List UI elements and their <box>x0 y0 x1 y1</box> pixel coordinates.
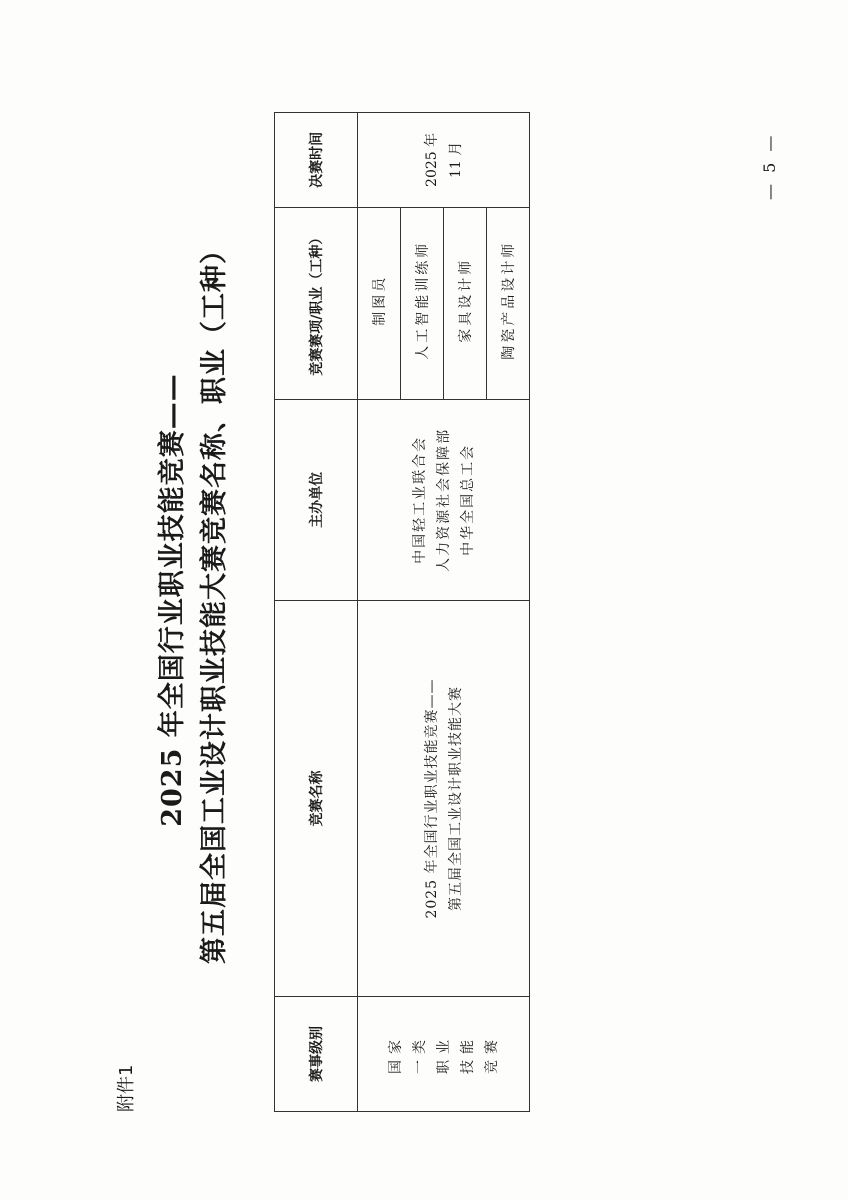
header-competition: 竞赛名称 <box>275 601 358 997</box>
organizer: 中华全国总工会 <box>456 400 480 600</box>
level-line: 一类 <box>408 997 432 1111</box>
final-time-line: 11 月 <box>444 113 468 207</box>
table-row: 国家 一类 职业 技能 竞赛 2025 年全国行业职业技能竞赛—— 第五届全国工… <box>358 113 401 1112</box>
level-line: 职业 <box>432 997 456 1111</box>
header-final-time: 决赛时间 <box>275 113 358 208</box>
organizer: 人力资源社会保障部 <box>432 400 456 600</box>
level-line: 技能 <box>456 997 480 1111</box>
attachment-label: 附件1 <box>112 1065 138 1112</box>
title-line-2: 第五届全国工业设计职业技能大赛竞赛名称、职业（工种） <box>192 0 231 1200</box>
competition-name-cell: 2025 年全国行业职业技能竞赛—— 第五届全国工业设计职业技能大赛 <box>358 601 530 997</box>
occupation-cell: 家具设计师 <box>444 207 487 399</box>
final-time-cell: 2025 年 11 月 <box>358 113 530 208</box>
competition-table: 赛事级别 竞赛名称 主办单位 竞赛赛项/职业（工种） 决赛时间 国家 一类 职业… <box>274 112 530 1112</box>
competition-name-line: 2025 年全国行业职业技能竞赛—— <box>420 601 444 996</box>
occupation-cell: 人工智能训练师 <box>401 207 444 399</box>
competition-name-line: 第五届全国工业设计职业技能大赛 <box>444 601 468 996</box>
page-number: — 5 — <box>760 133 779 200</box>
level-line: 竞赛 <box>480 997 504 1111</box>
level-line: 国家 <box>384 997 408 1111</box>
header-level: 赛事级别 <box>275 996 358 1111</box>
level-cell: 国家 一类 职业 技能 竞赛 <box>358 996 530 1111</box>
header-organizer: 主办单位 <box>275 399 358 600</box>
title-line-1: 2025 年全国行业职业技能竞赛—— <box>150 0 189 1200</box>
header-occupation: 竞赛赛项/职业（工种） <box>275 207 358 399</box>
header-row: 赛事级别 竞赛名称 主办单位 竞赛赛项/职业（工种） 决赛时间 <box>275 113 358 1112</box>
organizer: 中国轻工业联合会 <box>408 400 432 600</box>
final-time-line: 2025 年 <box>420 113 444 207</box>
occupation-cell: 制图员 <box>358 207 401 399</box>
organizer-cell: 中国轻工业联合会 人力资源社会保障部 中华全国总工会 <box>358 399 530 600</box>
rotated-page: 附件1 2025 年全国行业职业技能竞赛—— 第五届全国工业设计职业技能大赛竞赛… <box>0 0 848 1200</box>
occupation-cell: 陶瓷产品设计师 <box>487 207 530 399</box>
